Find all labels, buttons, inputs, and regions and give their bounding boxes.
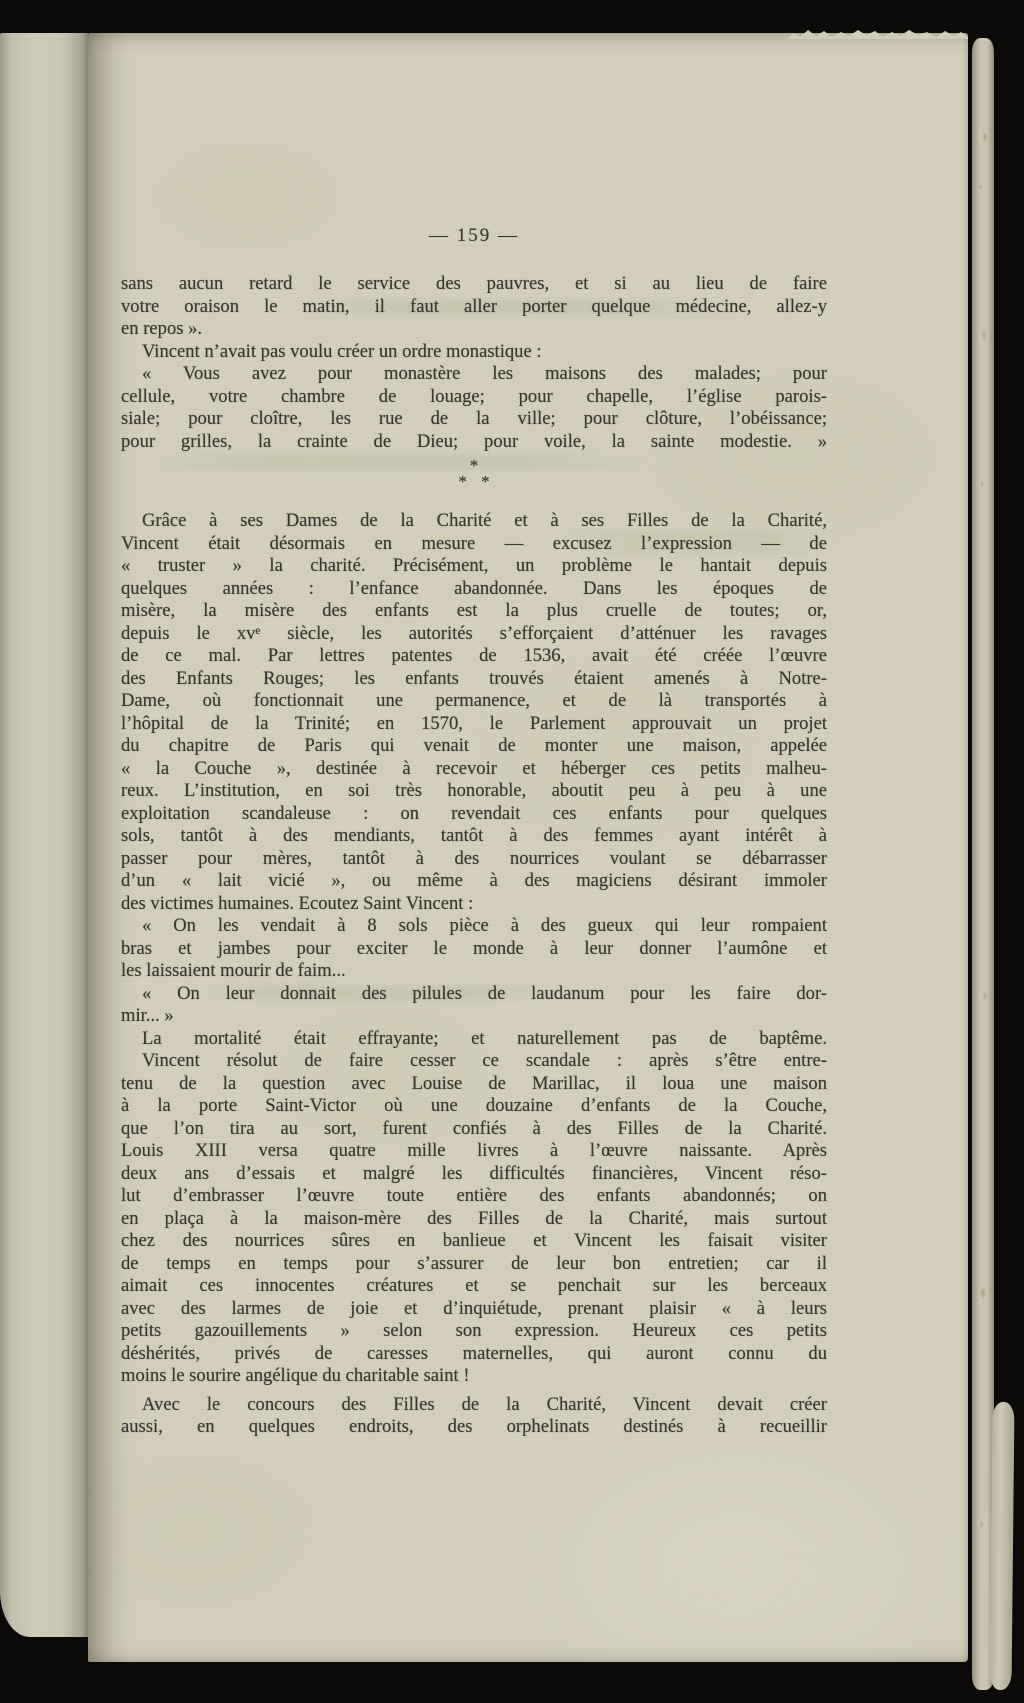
text-line: « truster » la charité. Précisément, un … [121,555,827,578]
text-line: votre oraison le matin, il faut aller po… [121,296,827,319]
page-block-edge-lower [989,1402,1014,1690]
text-line: cellule, votre chambre de louage; pour c… [121,386,827,409]
text-line: « On leur donnait des pilules de laudanu… [121,983,827,1006]
previous-page-edge [0,33,88,1637]
paragraph: Vincent résolut de faire cesser ce scand… [121,1050,827,1388]
text-line: « Vous avez pour monastère les maisons d… [121,363,827,386]
text-line: avec des larmes de joie et d’inquiétude,… [121,1298,827,1321]
text-line: de temps en temps pour s’assurer de leur… [121,1253,827,1276]
text-line: déshérités, privés de caresses maternell… [121,1343,827,1366]
text-line: sols, tantôt à des mendiants, tantôt à d… [121,825,827,848]
deckle-edge [788,27,968,39]
text-line: des Enfants Rouges; les enfants trouvés … [121,668,827,691]
paragraph: Avec le concours des Filles de la Charit… [121,1394,827,1439]
paragraph: La mortalité était effrayante; et nature… [121,1028,827,1051]
text-line: Vincent n’avait pas voulu créer un ordre… [121,341,827,364]
text-line: « On les vendait à 8 sols pièce à des gu… [121,915,827,938]
paragraph: « Vous avez pour monastère les maisons d… [121,363,827,453]
text-line: reux. L’institution, en soi très honorab… [121,780,827,803]
paragraph: sans aucun retard le service des pauvres… [121,273,827,341]
text-line: « la Couche », destinée à recevoir et hé… [121,758,827,781]
text-line: deux ans d’essais et malgré les difficul… [121,1163,827,1186]
text-line: chez des nourrices sûres en banlieue et … [121,1230,827,1253]
paragraph: Grâce à ses Dames de la Charité et à ses… [121,510,827,915]
text-line: depuis le xvᵉ siècle, les autorités s’ef… [121,623,827,646]
text-line: d’un « lait vicié », ou même à des magic… [121,870,827,893]
text-line: La mortalité était effrayante; et nature… [121,1028,827,1051]
text-line: moins le sourire angélique du charitable… [121,1365,827,1388]
text-line: pour grilles, la crainte de Dieu; pour v… [121,431,827,454]
text-line: de ce mal. Par lettres patentes de 1536,… [121,645,827,668]
paragraph: Vincent n’avait pas voulu créer un ordre… [121,341,827,364]
text-line: en plaça à la maison-mère des Filles de … [121,1208,827,1231]
text-line: Avec le concours des Filles de la Charit… [121,1394,827,1417]
text-line: aimait ces innocentes créatures et se pe… [121,1275,827,1298]
text-line: tenu de la question avec Louise de Maril… [121,1073,827,1096]
text-line: quelques années : l’enfance abandonnée. … [121,578,827,601]
page-number: — 159 — [121,225,827,247]
book-page: — 159 — sans aucun retard le service des… [88,33,968,1662]
text-line: lut d’embrasser l’œuvre toute entière de… [121,1185,827,1208]
text-block: sans aucun retard le service des pauvres… [121,273,827,1439]
text-line: les laissaient mourir de faim... [121,960,827,983]
book-scan: — 159 — sans aucun retard le service des… [0,0,1024,1703]
paragraph: « On les vendait à 8 sols pièce à des gu… [121,915,827,983]
text-line: Vincent résolut de faire cesser ce scand… [121,1050,827,1073]
text-line: Dame, où fonctionnait une permanence, et… [121,690,827,713]
text-line: exploitation scandaleuse : on revendait … [121,803,827,826]
text-line: à la porte Saint-Victor où une douzaine … [121,1095,827,1118]
text-line: Louis XIII versa quatre mille livres à l… [121,1140,827,1163]
text-line: l’hôpital de la Trinité; en 1570, le Par… [121,713,827,736]
text-line: misère, la misère des enfants est la plu… [121,600,827,623]
asterism-separator: ** * [121,453,827,510]
text-line: mir... » [121,1005,827,1028]
text-line: Vincent était désormais en mesure — excu… [121,533,827,556]
text-line: sans aucun retard le service des pauvres… [121,273,827,296]
text-line: que l’on tira au sort, furent confiés à … [121,1118,827,1141]
page-block-edge [972,38,994,1690]
text-line: siale; pour cloître, les rue de la ville… [121,408,827,431]
text-line: passer pour mères, tantôt à des nourrice… [121,848,827,871]
paragraph: « On leur donnait des pilules de laudanu… [121,983,827,1028]
text-line: aussi, en quelques endroits, des orpheli… [121,1416,827,1439]
text-line: bras et jambes pour exciter le monde à l… [121,938,827,961]
asterism-row: * * [121,474,827,490]
text-line: du chapitre de Paris qui venait de monte… [121,735,827,758]
text-line: des victimes humaines. Ecoutez Saint Vin… [121,893,827,916]
text-line: Grâce à ses Dames de la Charité et à ses… [121,510,827,533]
text-line: en repos ». [121,318,827,341]
text-line: petits gazouillements » selon son expres… [121,1320,827,1343]
